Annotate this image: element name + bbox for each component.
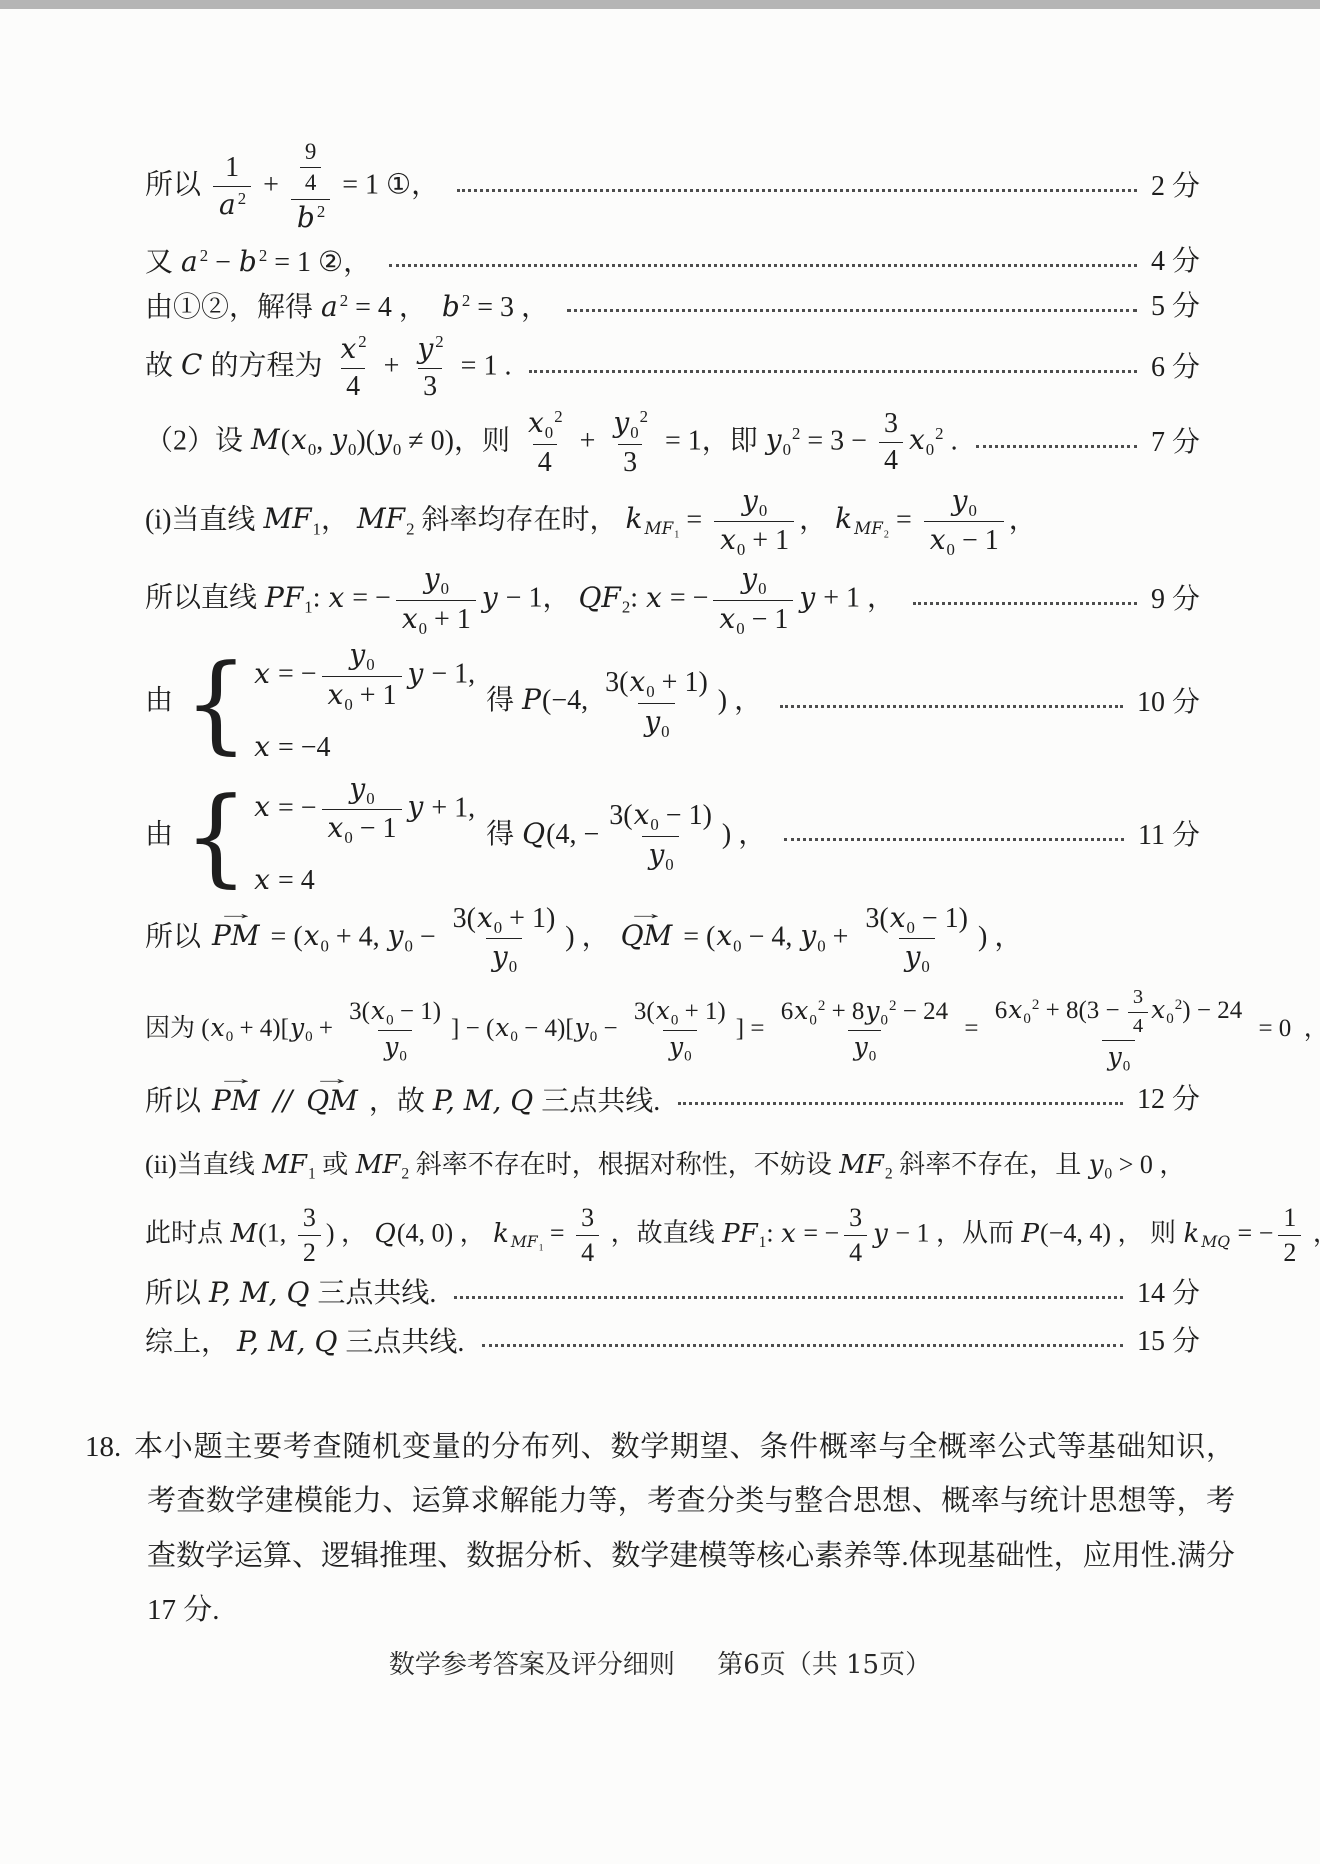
score-label: 6 分 xyxy=(1151,349,1200,387)
scan-edge-strip xyxy=(0,0,1320,9)
solution-line-15: 所以 P, M, Q 三点共线.14 分 xyxy=(145,1274,1200,1313)
solution-line-7: 所以直线 PF1: x = −y0x0 + 1y − 1， QF2: x = −… xyxy=(145,563,1200,637)
score-label: 12 分 xyxy=(1137,1081,1200,1119)
note-18-text: 本小题主要考查随机变量的分布列、数学期望、条件概率与全概率公式等基础知识，考查数… xyxy=(133,1431,1235,1627)
formula: 所以 P, M, Q 三点共线. xyxy=(145,1274,436,1313)
score-label: 14 分 xyxy=(1137,1275,1200,1313)
solution-line-10: 所以 →PM = (x0 + 4, y0 − 3(x0 + 1)y0) ， →Q… xyxy=(145,902,1200,976)
brace: { xyxy=(184,789,248,884)
vector-arrow-icon: → xyxy=(216,1068,256,1091)
formula: 综上， P, M, Q 三点共线. xyxy=(145,1323,464,1362)
dotted-leader xyxy=(780,704,1123,708)
solution-line-8: 由 {x = −y0x0 + 1y − 1,x = −4 得 P(−4, 3(x… xyxy=(145,639,1200,766)
page: 所以 1a2 + 94b2 = 1 ①，2 分又 a2 − b2 = 1 ②，4… xyxy=(0,139,1320,1681)
formula: (i)当直线 MF1， MF2 斜率均存在时， kMF1 = y0x0 + 1，… xyxy=(145,485,1037,559)
dotted-leader xyxy=(454,1295,1123,1299)
solution-line-4: 故 C 的方程为 x24 + y23 = 1 .6 分 xyxy=(145,333,1200,403)
solution-line-13: (ii)当直线 MF1 或 MF2 斜率不存在时，根据对称性，不妨设 MF2 斜… xyxy=(145,1147,1200,1183)
solution-line-16: 综上， P, M, Q 三点共线.15 分 xyxy=(145,1323,1200,1362)
solution-line-6: (i)当直线 MF1， MF2 斜率均存在时， kMF1 = y0x0 + 1，… xyxy=(145,485,1200,559)
formula: 所以直线 PF1: x = −y0x0 + 1y − 1， QF2: x = −… xyxy=(145,563,895,637)
score-label: 5 分 xyxy=(1151,288,1200,326)
page-footer: 数学参考答案及评分细则 第6页（共 15页） xyxy=(0,1644,1320,1681)
formula: 所以 →PM = (x0 + 4, y0 − 3(x0 + 1)y0) ， →Q… xyxy=(145,902,1022,976)
formula: 因为 (x0 + 4)[y0 + 3(x0 − 1)y0] − (x0 − 4)… xyxy=(145,986,1320,1074)
formula: (ii)当直线 MF1 或 MF2 斜率不存在时，根据对称性，不妨设 MF2 斜… xyxy=(145,1147,1185,1183)
footer-title: 数学参考答案及评分细则 xyxy=(389,1650,675,1680)
note-18: 18.本小题主要考查随机变量的分布列、数学期望、条件概率与全概率公式等基础知识，… xyxy=(85,1420,1235,1638)
dotted-leader xyxy=(482,1343,1123,1347)
dotted-leader xyxy=(784,837,1124,841)
vector-arrow-icon: → xyxy=(216,903,256,926)
dotted-leader xyxy=(457,188,1137,192)
formula: 此时点 M(1, 32) ， Q(4, 0) ， kMF1 = 34 ，故直线 … xyxy=(145,1203,1320,1268)
solution-line-11: 因为 (x0 + 4)[y0 + 3(x0 − 1)y0] − (x0 − 4)… xyxy=(145,986,1200,1074)
score-label: 15 分 xyxy=(1137,1323,1200,1361)
dotted-leader xyxy=(567,308,1137,312)
solution-line-3: 由①②，解得 a2 = 4 ， b2 = 3 ，5 分 xyxy=(145,288,1200,327)
solution-line-12: 所以 →PM // →QM ，故 P, M, Q 三点共线.12 分 xyxy=(145,1078,1200,1121)
dotted-leader xyxy=(529,369,1137,373)
formula: 所以 1a2 + 94b2 = 1 ①， xyxy=(145,139,439,235)
dotted-leader xyxy=(678,1101,1123,1105)
formula: 所以 →PM // →QM ，故 P, M, Q 三点共线. xyxy=(145,1078,660,1121)
solution-lines: 所以 1a2 + 94b2 = 1 ①，2 分又 a2 − b2 = 1 ②，4… xyxy=(0,139,1320,1362)
vector-arrow-icon: → xyxy=(626,903,666,926)
footer-page-number: 第6页（共 15页） xyxy=(717,1650,931,1680)
note-18-number: 18. xyxy=(85,1431,121,1463)
solution-line-5: （2）设 M(x0, y0)(y0 ≠ 0)，则 x024 + y023 = 1… xyxy=(145,407,1200,479)
solution-line-1: 所以 1a2 + 94b2 = 1 ①，2 分 xyxy=(145,139,1200,235)
formula: 由①②，解得 a2 = 4 ， b2 = 3 ， xyxy=(145,288,549,327)
solution-line-9: 由 {x = −y0x0 − 1y + 1,x = 4 得 Q(4, −3(x0… xyxy=(145,773,1200,900)
solution-line-2: 又 a2 − b2 = 1 ②，4 分 xyxy=(145,243,1200,282)
formula: 由 {x = −y0x0 + 1y − 1,x = −4 得 P(−4, 3(x… xyxy=(145,639,762,766)
formula: 故 C 的方程为 x24 + y23 = 1 . xyxy=(145,333,511,403)
formula: 又 a2 − b2 = 1 ②， xyxy=(145,243,371,282)
dotted-leader xyxy=(976,444,1137,448)
solution-line-14: 此时点 M(1, 32) ， Q(4, 0) ， kMF1 = 34 ，故直线 … xyxy=(145,1203,1200,1268)
score-label: 7 分 xyxy=(1151,424,1200,462)
brace: { xyxy=(184,655,248,750)
vector-arrow-icon: → xyxy=(312,1068,352,1091)
dotted-leader xyxy=(389,263,1137,267)
score-label: 2 分 xyxy=(1151,168,1200,206)
dotted-leader xyxy=(913,601,1137,605)
formula: （2）设 M(x0, y0)(y0 ≠ 0)，则 x024 + y023 = 1… xyxy=(145,407,958,479)
score-label: 4 分 xyxy=(1151,243,1200,281)
formula: 由 {x = −y0x0 − 1y + 1,x = 4 得 Q(4, −3(x0… xyxy=(145,773,766,900)
score-label: 11 分 xyxy=(1138,817,1200,855)
score-label: 10 分 xyxy=(1137,684,1200,722)
score-label: 9 分 xyxy=(1151,581,1200,619)
